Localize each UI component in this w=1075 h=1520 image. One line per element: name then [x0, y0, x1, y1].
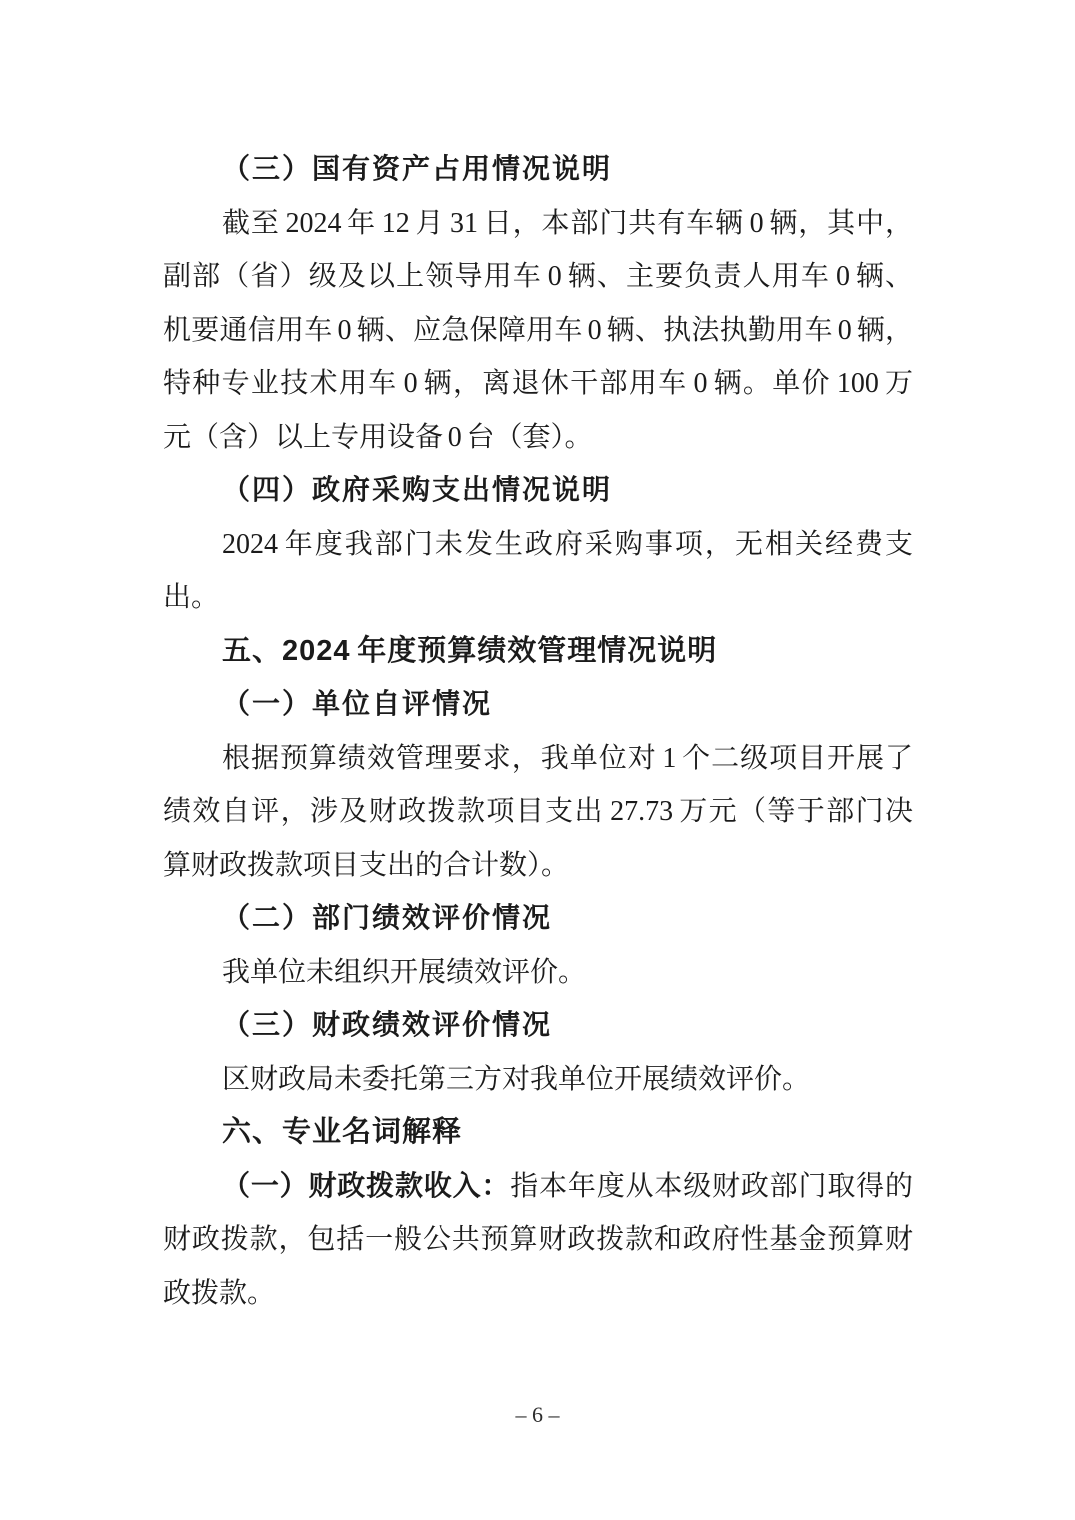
term-label: （一）财政拨款收入：: [222, 1171, 510, 1202]
section-heading: 六、专业名词解释: [163, 1106, 913, 1160]
paragraph-line: 2024 年度我部门未发生政府采购事项，无相关经费支: [163, 518, 913, 572]
paragraph-line: 出。: [163, 571, 913, 625]
paragraph-line: 算财政拨款项目支出的合计数）。: [163, 839, 913, 893]
paragraph-line: 元（含）以上专用设备 0 台（套）。: [163, 411, 913, 465]
paragraph-line: 财政拨款，包括一般公共预算财政拨款和政府性基金预算财: [163, 1213, 913, 1267]
paragraph-line: 政拨款。: [163, 1267, 913, 1321]
term-definition-line: （一）财政拨款收入：指本年度从本级财政部门取得的: [163, 1160, 913, 1214]
section-heading: 五、2024 年度预算绩效管理情况说明: [163, 625, 913, 679]
section-subheading: （一）单位自评情况: [163, 678, 913, 732]
section-subheading: （三）财政绩效评价情况: [163, 999, 913, 1053]
paragraph-line: 我单位未组织开展绩效评价。: [163, 946, 913, 1000]
document-page: （三）国有资产占用情况说明 截至 2024 年 12 月 31 日，本部门共有车…: [0, 0, 1075, 1520]
page-number: – 6 –: [0, 1400, 1075, 1430]
section-subheading: （三）国有资产占用情况说明: [163, 143, 913, 197]
paragraph-line: 区财政局未委托第三方对我单位开展绩效评价。: [163, 1053, 913, 1107]
paragraph-line: 截至 2024 年 12 月 31 日，本部门共有车辆 0 辆，其中，: [163, 197, 913, 251]
term-definition-text: 指本年度从本级财政部门取得的: [510, 1171, 913, 1202]
paragraph-line: 绩效自评，涉及财政拨款项目支出 27.73 万元（等于部门决: [163, 785, 913, 839]
section-subheading: （二）部门绩效评价情况: [163, 892, 913, 946]
paragraph-line: 根据预算绩效管理要求，我单位对 1 个二级项目开展了: [163, 732, 913, 786]
section-subheading: （四）政府采购支出情况说明: [163, 464, 913, 518]
paragraph-line: 机要通信用车 0 辆、应急保障用车 0 辆、执法执勤用车 0 辆，: [163, 304, 913, 358]
document-body: （三）国有资产占用情况说明 截至 2024 年 12 月 31 日，本部门共有车…: [163, 143, 913, 1320]
paragraph-line: 副部（省）级及以上领导用车 0 辆、主要负责人用车 0 辆、: [163, 250, 913, 304]
paragraph-line: 特种专业技术用车 0 辆，离退休干部用车 0 辆。单价 100 万: [163, 357, 913, 411]
